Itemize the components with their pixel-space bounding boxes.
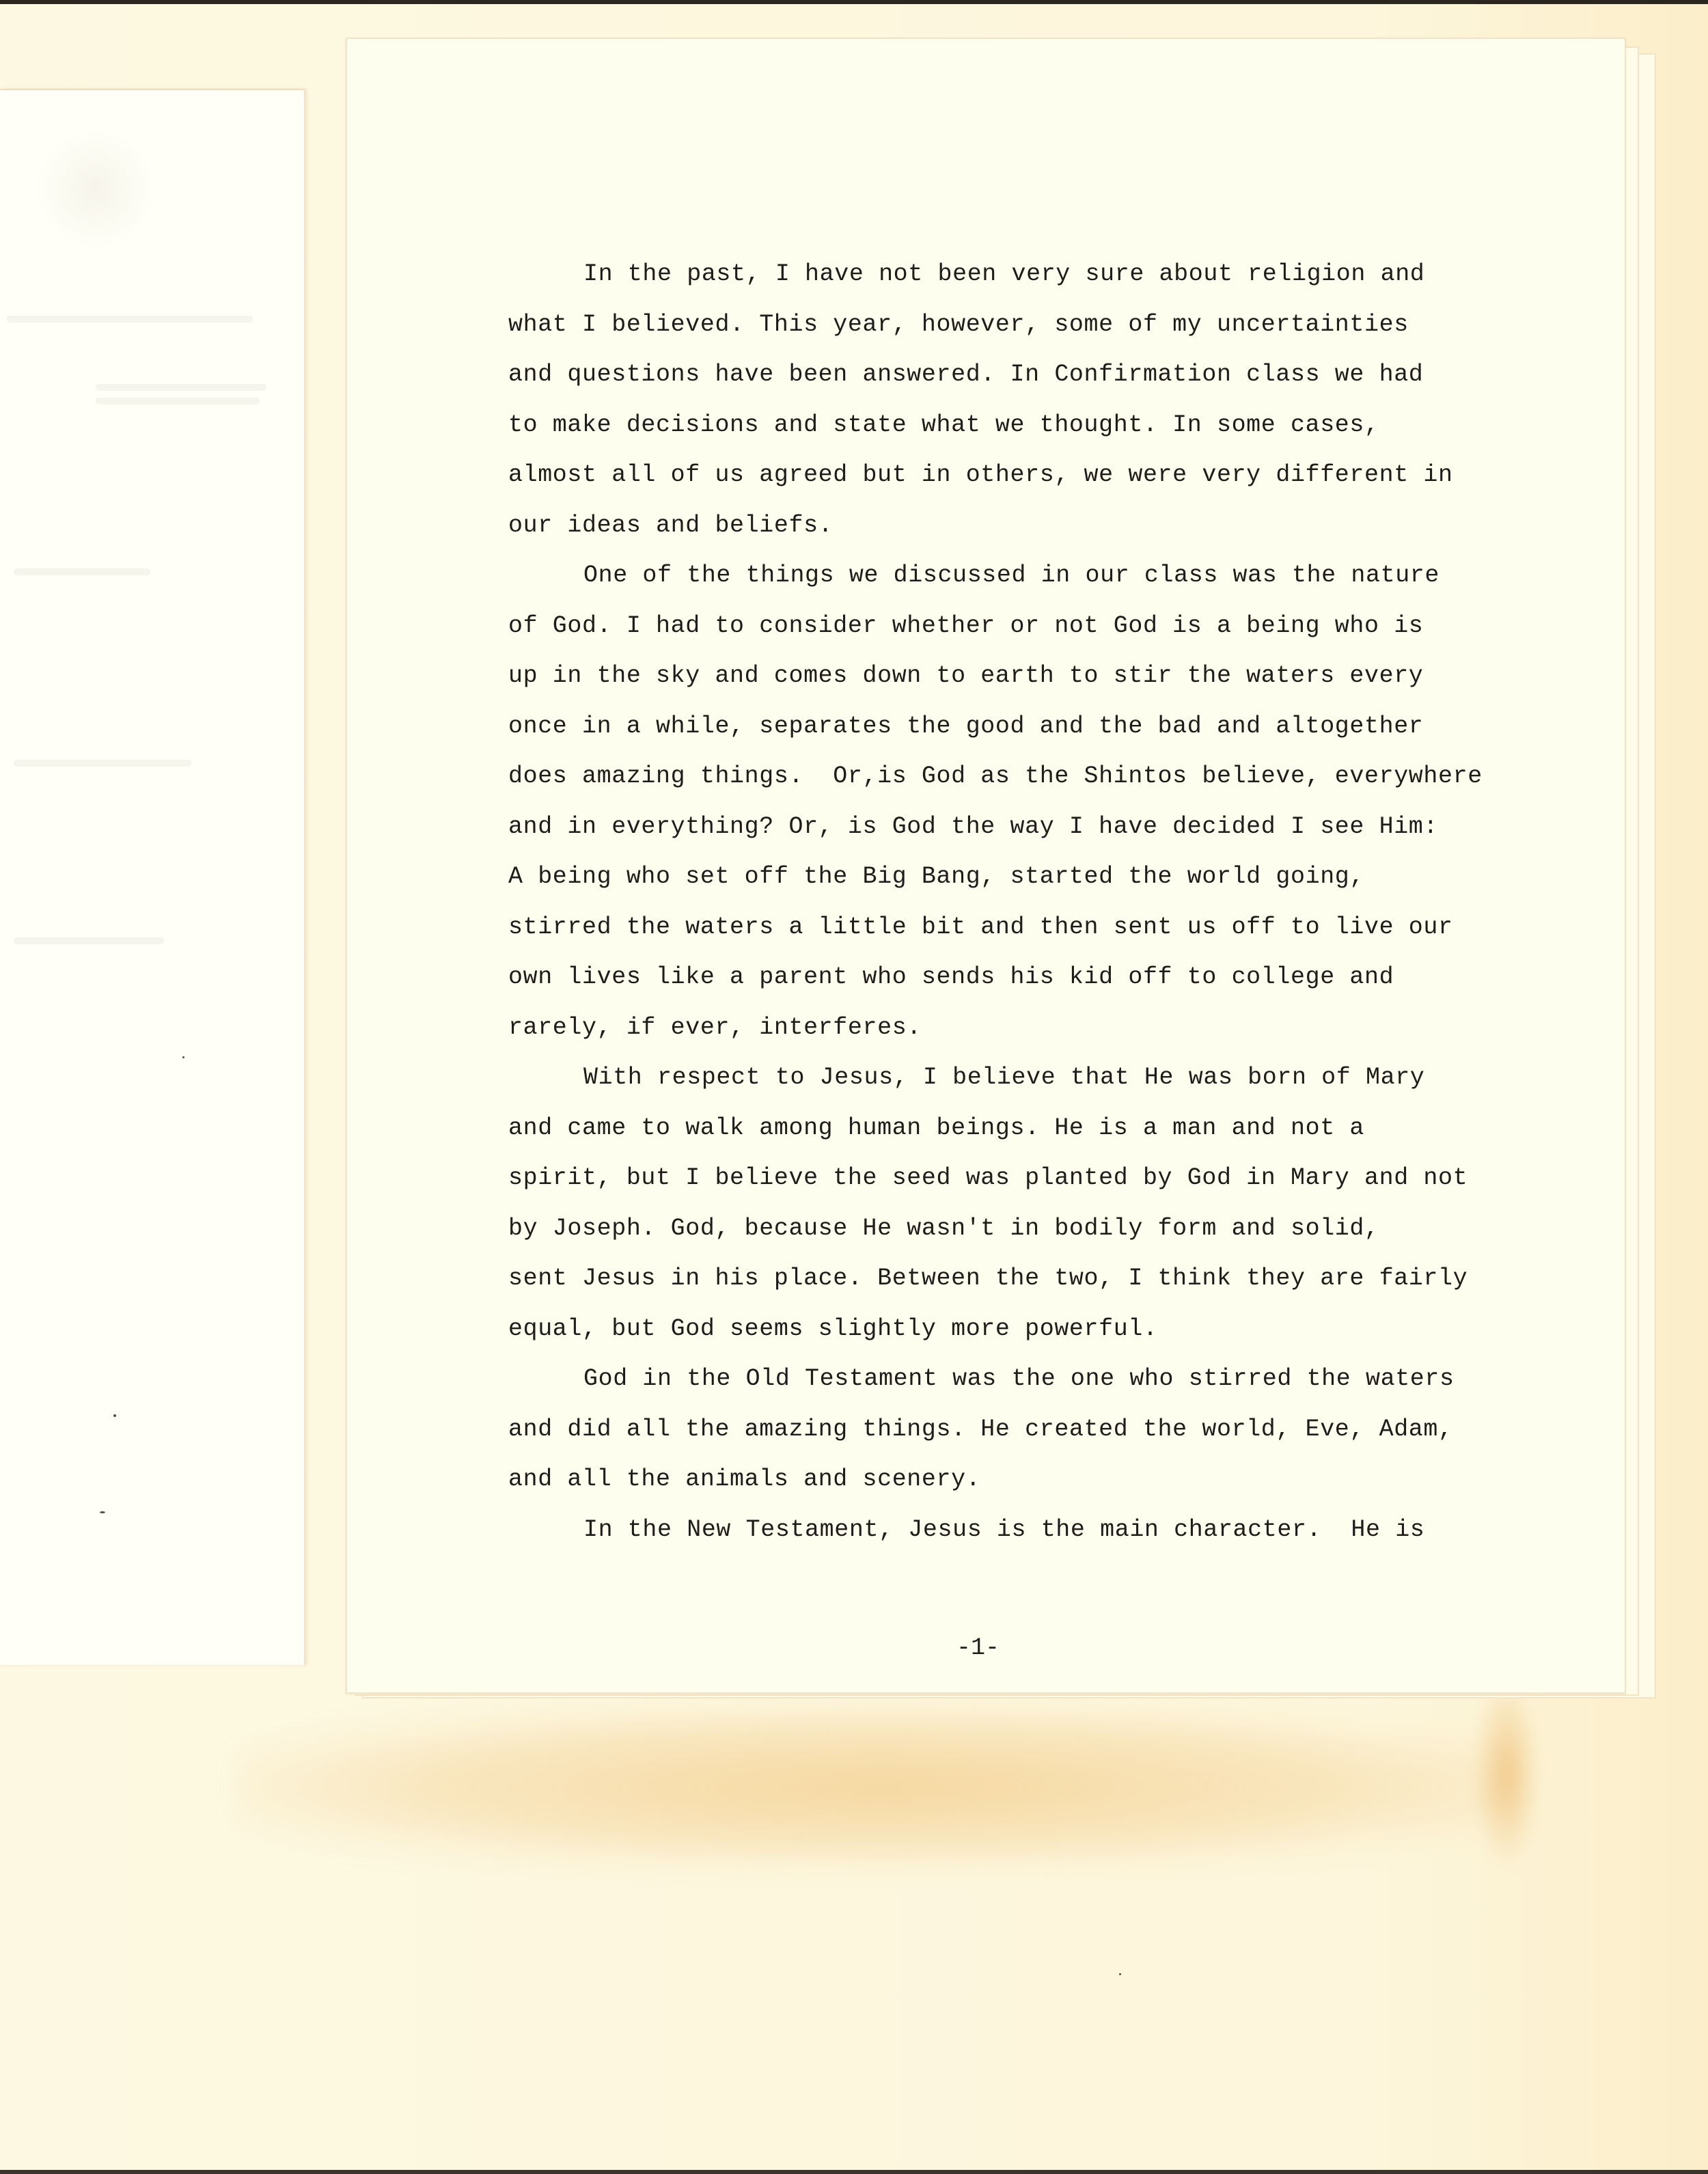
document-body: In the past, I have not been very sure a… <box>508 249 1533 1555</box>
paper-speck <box>1119 1973 1121 1975</box>
faint-show-through-text <box>96 384 266 391</box>
text-line: With respect to Jesus, I believe that He… <box>508 1053 1533 1103</box>
faint-show-through-text <box>14 937 164 944</box>
faint-show-through-text <box>14 568 150 575</box>
faint-show-through-text <box>96 398 260 404</box>
scan-bottom-edge <box>0 2170 1708 2174</box>
text-line: and questions have been answered. In Con… <box>508 350 1533 400</box>
paragraph-3: With respect to Jesus, I believe that He… <box>508 1053 1533 1354</box>
paragraph-5: In the New Testament, Jesus is the main … <box>508 1505 1533 1556</box>
faint-show-through-text <box>14 760 191 767</box>
text-line: up in the sky and comes down to earth to… <box>508 651 1533 702</box>
text-line: of God. I had to consider whether or not… <box>508 601 1533 652</box>
text-line: In the past, I have not been very sure a… <box>508 249 1533 300</box>
text-line: spirit, but I believe the seed was plant… <box>508 1153 1533 1204</box>
paper-speck <box>100 1511 105 1513</box>
text-line: equal, but God seems slightly more power… <box>508 1304 1533 1355</box>
water-stain-corner <box>1476 1681 1537 1865</box>
text-line: to make decisions and state what we thou… <box>508 400 1533 451</box>
text-line: once in a while, separates the good and … <box>508 702 1533 752</box>
text-line: and came to walk among human beings. He … <box>508 1103 1533 1154</box>
text-line: does amazing things. Or,is God as the Sh… <box>508 752 1533 802</box>
water-stain <box>239 1708 1524 1865</box>
text-line: sent Jesus in his place. Between the two… <box>508 1254 1533 1304</box>
text-line: God in the Old Testament was the one who… <box>508 1354 1533 1405</box>
text-line: and did all the amazing things. He creat… <box>508 1405 1533 1455</box>
page-number: -1- <box>956 1634 1000 1662</box>
text-line: and in everything? Or, is God the way I … <box>508 802 1533 853</box>
text-line: stirred the waters a little bit and then… <box>508 903 1533 953</box>
text-line: almost all of us agreed but in others, w… <box>508 450 1533 501</box>
paragraph-4: God in the Old Testament was the one who… <box>508 1354 1533 1505</box>
text-line: rarely, if ever, interferes. <box>508 1003 1533 1054</box>
left-underlying-sheet <box>0 89 305 1665</box>
text-line: our ideas and beliefs. <box>508 501 1533 551</box>
paragraph-2: One of the things we discussed in our cl… <box>508 551 1533 1053</box>
faint-letterhead-seal <box>34 131 157 247</box>
text-line: and all the animals and scenery. <box>508 1455 1533 1505</box>
text-line: A being who set off the Big Bang, starte… <box>508 852 1533 903</box>
text-line: what I believed. This year, however, som… <box>508 300 1533 350</box>
paragraph-1: In the past, I have not been very sure a… <box>508 249 1533 551</box>
paper-speck <box>113 1414 116 1417</box>
faint-show-through-text <box>7 316 253 322</box>
text-line: One of the things we discussed in our cl… <box>508 551 1533 601</box>
text-line: by Joseph. God, because He wasn't in bod… <box>508 1204 1533 1254</box>
paper-speck <box>182 1056 184 1058</box>
text-line: In the New Testament, Jesus is the main … <box>508 1505 1533 1556</box>
text-line: own lives like a parent who sends his ki… <box>508 952 1533 1003</box>
